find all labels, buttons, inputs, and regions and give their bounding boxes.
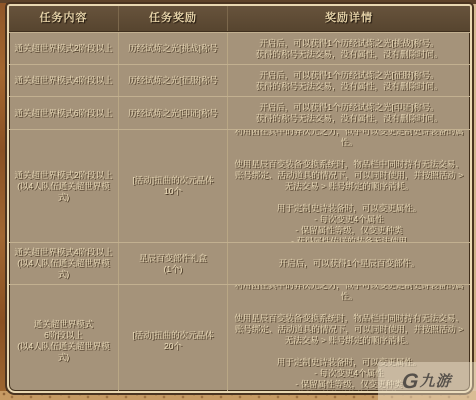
header-task-reward: 任务奖励 [119,6,228,31]
reward-cell: [活动]扭曲的次元晶体 10个 [119,130,228,242]
page-left-border [0,3,7,392]
reward-cell: [活动]扭曲的次元晶体 20个 [119,285,228,393]
reward-table: 任务内容 任务奖励 奖励详情 通关超世界模式2阶段以上 历经试炼之光[挑战]称号… [7,4,472,393]
task-cell: 通关超世界模式2阶段以上 (以4人队伍通关超世界模式) [9,130,119,242]
table-row: 通关超世界模式6阶段以上 历经试炼之光[印证]称号 开启后，可以获得1个历经试炼… [9,96,470,129]
task-cell: 通关超世界模式2阶段以上 [9,33,119,64]
reward-cell: 历经试炼之光[征服]称号 [119,65,228,96]
detail-cell: 利用困在其中的异次元之力，似乎可以变更定制史诗装备的属性。 使用星辰百变装备变换… [228,130,470,242]
reward-cell: 历经试炼之光[挑战]称号 [119,33,228,64]
task-cell: 通关超世界模式6阶段以上 [9,97,119,129]
header-reward-detail: 奖励详情 [228,6,470,31]
table-row: 通关超世界模式 6阶段以上 (以4人队伍通关超世界模式) [活动]扭曲的次元晶体… [9,284,470,393]
table-header-row: 任务内容 任务奖励 奖励详情 [9,6,470,32]
task-cell: 通关超世界模式4阶段以上 (以4人队伍通关超世界模式) [9,243,119,284]
detail-cell: 利用困在其中的异次元之力，似乎可以变更定制史诗装备的属性。 使用星辰百变装备变换… [228,285,470,393]
reward-cell: 历经试炼之光[印证]称号 [119,97,228,129]
reward-cell: 星辰百变部件礼盒 (1个) [119,243,228,284]
table-row: 通关超世界模式4阶段以上 历经试炼之光[征服]称号 开启后，可以获得1个历经试炼… [9,64,470,96]
table-row: 通关超世界模式2阶段以上 (以4人队伍通关超世界模式) [活动]扭曲的次元晶体 … [9,129,470,242]
detail-cell: 开启后，可以获得1个历经试炼之光[征服]称号。 获得的称号无法交易，没有属性，没… [228,65,470,96]
task-cell: 通关超世界模式4阶段以上 [9,65,119,96]
table-row: 通关超世界模式2阶段以上 历经试炼之光[挑战]称号 开启后，可以获得1个历经试炼… [9,32,470,64]
task-cell: 通关超世界模式 6阶段以上 (以4人队伍通关超世界模式) [9,285,119,393]
detail-cell: 开启后，可以获得1个星辰百变部件。 [228,243,470,284]
detail-cell: 开启后，可以获得1个历经试炼之光[印证]称号。 获得的称号无法交易，没有属性，没… [228,97,470,129]
header-task-content: 任务内容 [9,6,119,31]
detail-cell: 开启后，可以获得1个历经试炼之光[挑战]称号。 获得的称号无法交易，没有属性，没… [228,33,470,64]
table-row: 通关超世界模式4阶段以上 (以4人队伍通关超世界模式) 星辰百变部件礼盒 (1个… [9,242,470,284]
